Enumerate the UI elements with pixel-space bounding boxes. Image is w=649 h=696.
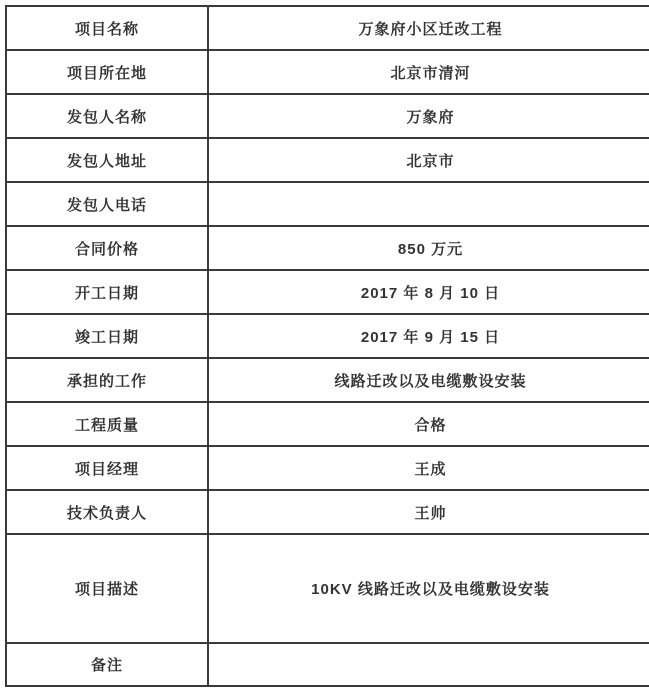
row-label-cell: 项目描述 [6, 534, 208, 643]
table-row: 技术负责人 王帅 [6, 490, 649, 534]
row-value-cell: 万象府 [208, 94, 649, 138]
row-label-cell: 发包人电话 [6, 182, 208, 226]
row-value-cell [208, 182, 649, 226]
table-row: 承担的工作 线路迁改以及电缆敷设安装 [6, 358, 649, 402]
table-row: 竣工日期 2017 年 9 月 15 日 [6, 314, 649, 358]
table-row: 项目描述 10KV 线路迁改以及电缆敷设安装 [6, 534, 649, 643]
row-label-cell: 发包人地址 [6, 138, 208, 182]
project-info-table: 项目名称 万象府小区迁改工程 项目所在地 北京市清河 发包人名称 万象府 发包人… [5, 5, 649, 687]
row-value-cell: 北京市 [208, 138, 649, 182]
row-value-cell: 2017 年 9 月 15 日 [208, 314, 649, 358]
document-page: 项目名称 万象府小区迁改工程 项目所在地 北京市清河 发包人名称 万象府 发包人… [0, 0, 649, 696]
row-label-cell: 工程质量 [6, 402, 208, 446]
row-value-cell: 王帅 [208, 490, 649, 534]
row-value-cell: 10KV 线路迁改以及电缆敷设安装 [208, 534, 649, 643]
row-label-cell: 竣工日期 [6, 314, 208, 358]
row-label-cell: 开工日期 [6, 270, 208, 314]
table-row: 项目所在地 北京市清河 [6, 50, 649, 94]
row-value-cell: 2017 年 8 月 10 日 [208, 270, 649, 314]
row-value-cell: 王成 [208, 446, 649, 490]
table-row: 发包人名称 万象府 [6, 94, 649, 138]
table-row: 工程质量 合格 [6, 402, 649, 446]
row-label-cell: 项目名称 [6, 6, 208, 50]
row-value-cell [208, 643, 649, 686]
row-label-cell: 项目经理 [6, 446, 208, 490]
table-body: 项目名称 万象府小区迁改工程 项目所在地 北京市清河 发包人名称 万象府 发包人… [6, 6, 649, 686]
row-label-cell: 备注 [6, 643, 208, 686]
row-label-cell: 技术负责人 [6, 490, 208, 534]
row-value-cell: 合格 [208, 402, 649, 446]
row-label-cell: 合同价格 [6, 226, 208, 270]
row-label-cell: 承担的工作 [6, 358, 208, 402]
row-label-cell: 项目所在地 [6, 50, 208, 94]
row-value-cell: 850 万元 [208, 226, 649, 270]
row-value-cell: 线路迁改以及电缆敷设安装 [208, 358, 649, 402]
table-row: 合同价格 850 万元 [6, 226, 649, 270]
row-value-cell: 万象府小区迁改工程 [208, 6, 649, 50]
table-row: 发包人电话 [6, 182, 649, 226]
table-row: 发包人地址 北京市 [6, 138, 649, 182]
table-row: 开工日期 2017 年 8 月 10 日 [6, 270, 649, 314]
table-row: 备注 [6, 643, 649, 686]
row-label-cell: 发包人名称 [6, 94, 208, 138]
table-row: 项目名称 万象府小区迁改工程 [6, 6, 649, 50]
row-value-cell: 北京市清河 [208, 50, 649, 94]
table-row: 项目经理 王成 [6, 446, 649, 490]
